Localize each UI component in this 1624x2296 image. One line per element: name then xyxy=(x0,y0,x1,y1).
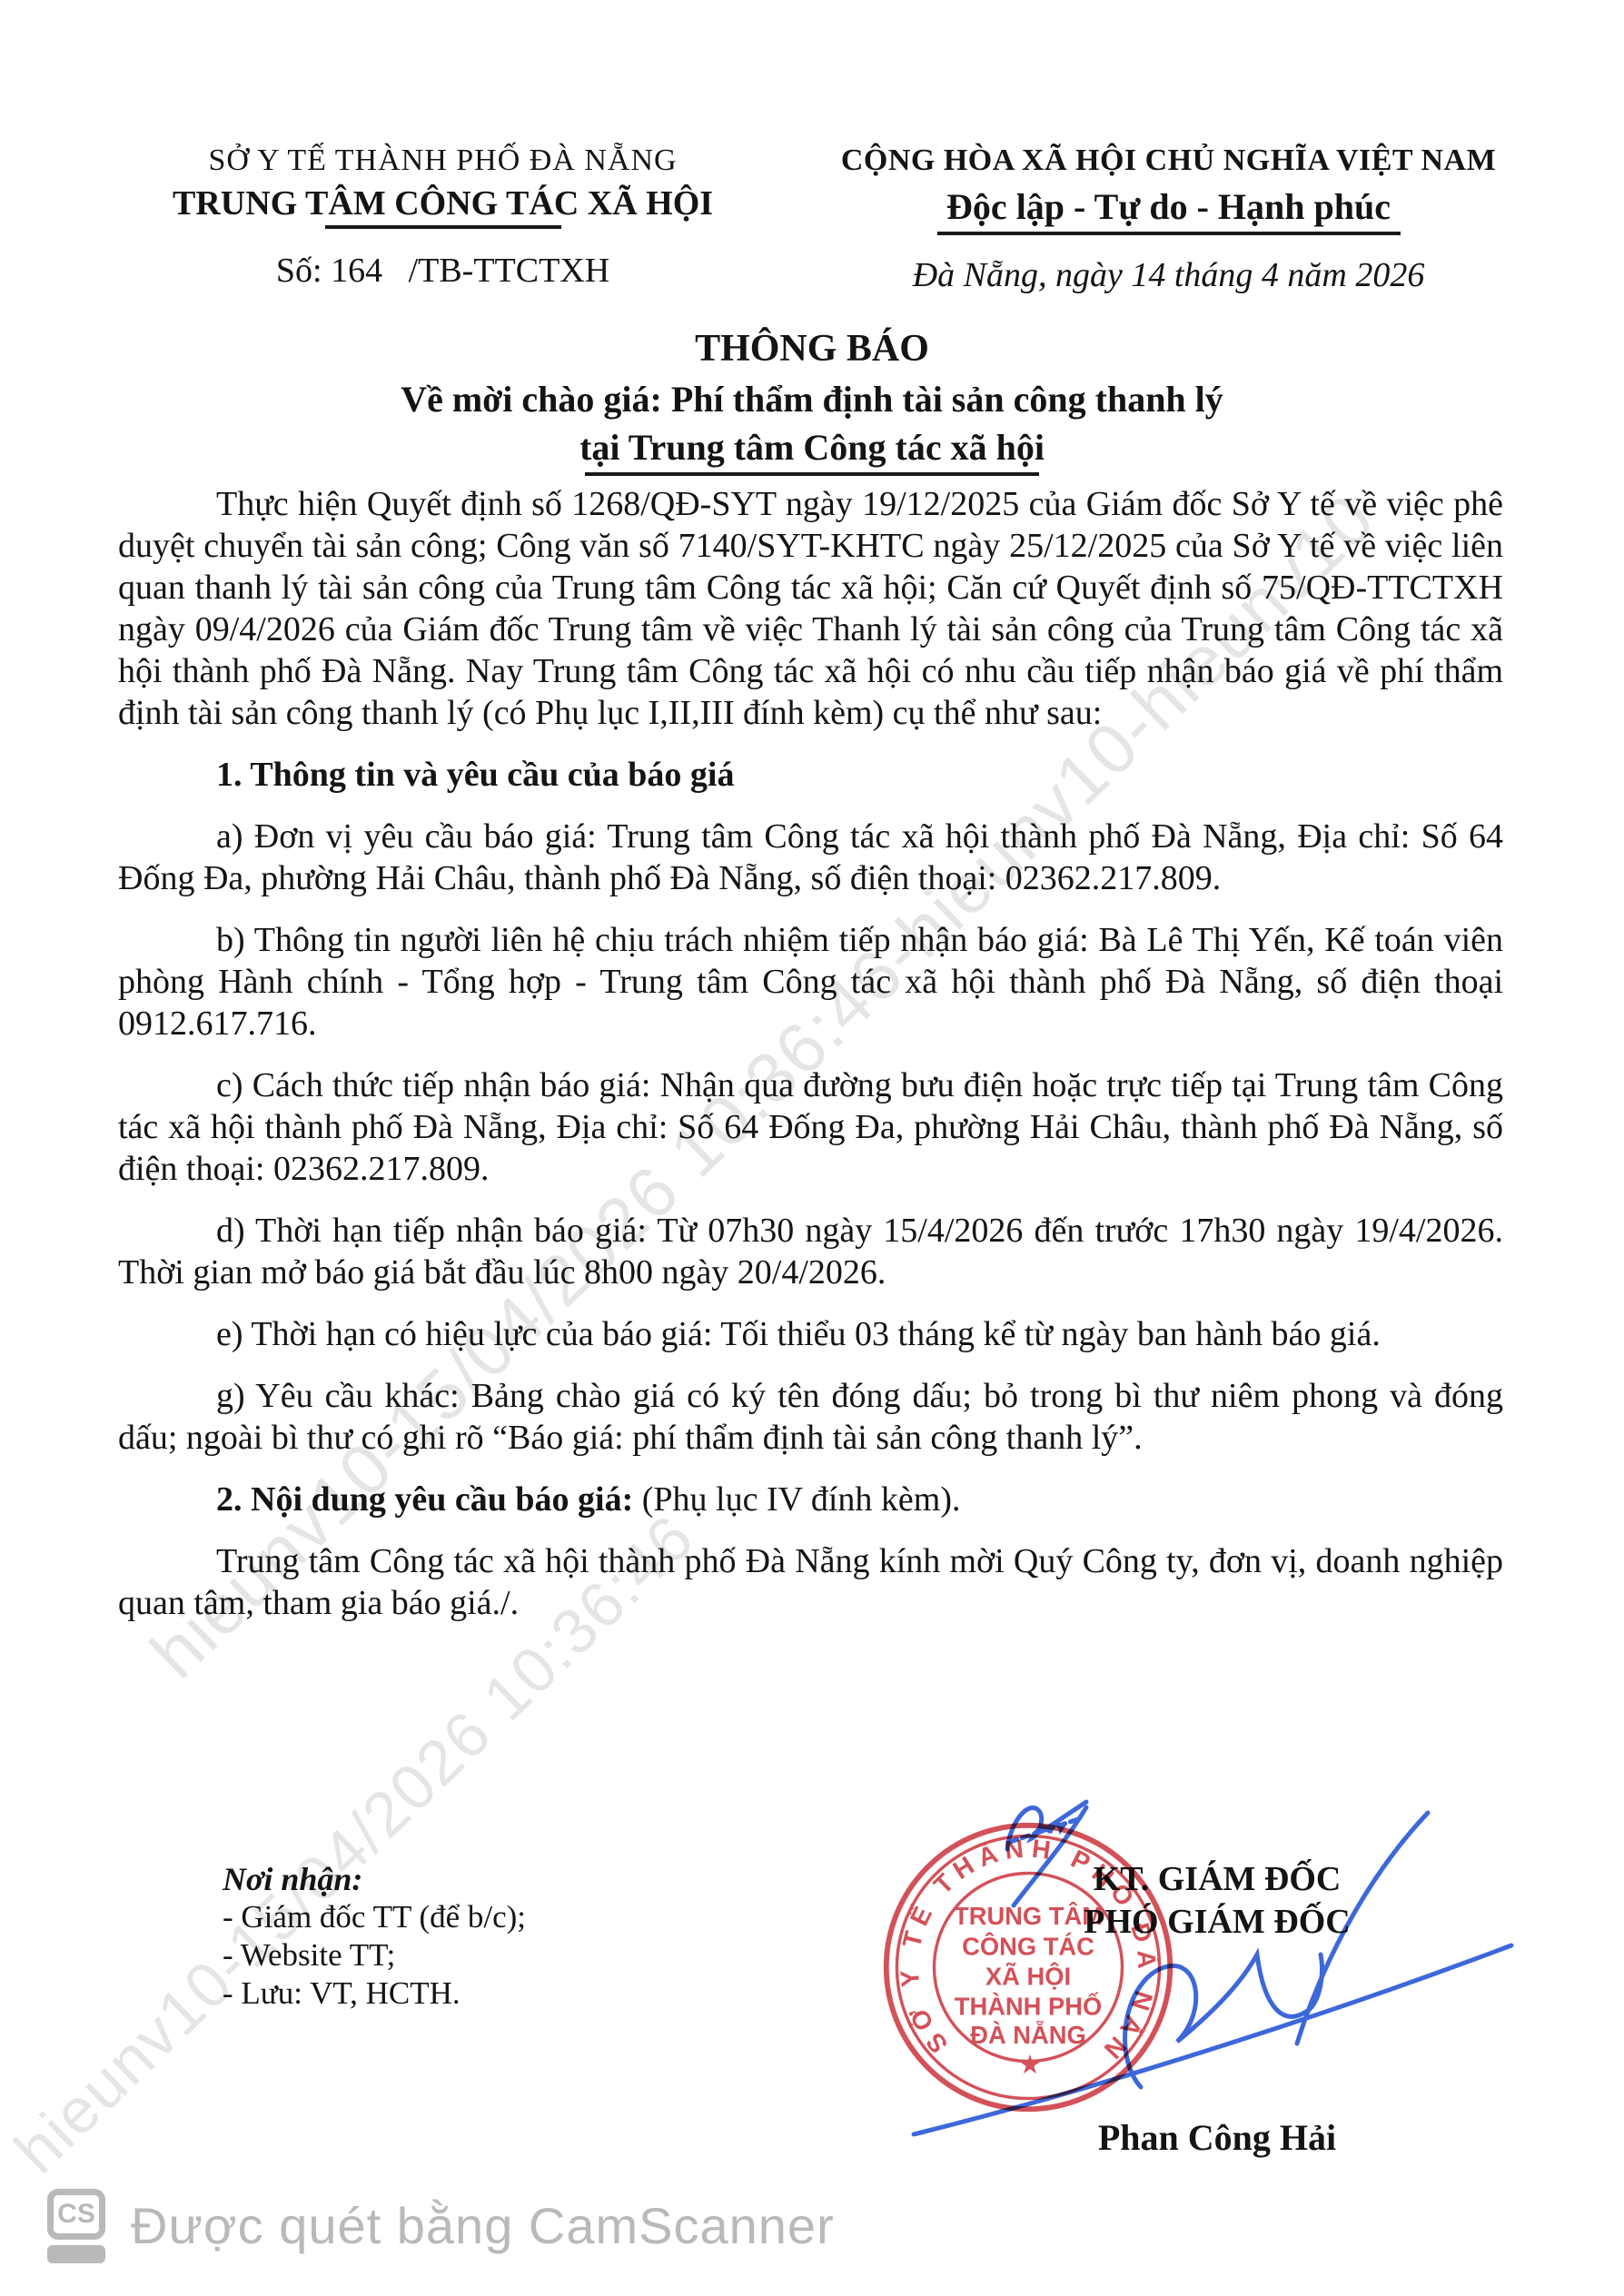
motto: Độc lập - Tự do - Hạnh phúc xyxy=(777,185,1560,228)
place-date-line: Đà Nẵng, ngày 14 tháng 4 năm 2026 xyxy=(777,255,1560,295)
document-title-block: THÔNG BÁO Về mời chào giá: Phí thẩm định… xyxy=(0,327,1624,476)
recipients-label: Nơi nhận: xyxy=(223,1860,526,1898)
official-red-stamp: SỞ Y TẾ THÀNH PHỐ ĐÀ NẴNG TRUNG TÂM CÔNG… xyxy=(877,1816,1179,2118)
document-header: SỞ Y TẾ THÀNH PHỐ ĐÀ NẴNG TRUNG TÂM CÔNG… xyxy=(109,143,1560,295)
stamp-center-line: THÀNH PHỐ xyxy=(955,1992,1102,2021)
stamp-star-icon: ★ xyxy=(1018,2050,1042,2080)
document-number: Số: 164 /TB-TTCTXH xyxy=(109,251,777,291)
recipient-item: - Website TT; xyxy=(223,1936,526,1974)
document-subject-line2: tại Trung tâm Công tác xã hội xyxy=(0,426,1624,469)
section-2-heading: 2. Nội dung yêu cầu báo giá: (Phụ lục IV… xyxy=(118,1479,1503,1520)
recipient-item: - Giám đốc TT (để b/c); xyxy=(223,1898,526,1936)
section-2-bold-part: 2. Nội dung yêu cầu báo giá: xyxy=(216,1480,633,1519)
national-motto-block: CỘNG HÒA XÃ HỘI CHỦ NGHĨA VIỆT NAM Độc l… xyxy=(777,143,1560,295)
agency-underline xyxy=(325,225,561,229)
section-2-regular-part: (Phụ lục IV đính kèm). xyxy=(633,1480,960,1519)
document-body: Thực hiện Quyết định số 1268/QĐ-SYT ngày… xyxy=(118,483,1503,1644)
camscanner-caption: Được quét bằng CamScanner xyxy=(131,2189,835,2263)
scanned-document-page: hieunv10-15/04/2026 10:36:46-hieunv10-hi… xyxy=(0,0,1624,2296)
stamp-center-line: ĐÀ NẴNG xyxy=(970,2020,1086,2049)
recipient-item: - Lưu: VT, HCTH. xyxy=(223,1974,526,2013)
item-c-paragraph: c) Cách thức tiếp nhận báo giá: Nhận qua… xyxy=(118,1064,1503,1190)
document-type-title: THÔNG BÁO xyxy=(0,327,1624,371)
section-1-heading: 1. Thông tin và yêu cầu của báo giá xyxy=(118,754,1503,796)
parent-agency-name: SỞ Y TẾ THÀNH PHỐ ĐÀ NẴNG xyxy=(109,143,777,178)
intro-paragraph: Thực hiện Quyết định số 1268/QĐ-SYT ngày… xyxy=(118,483,1503,734)
camscanner-logo-text: CS xyxy=(47,2189,105,2240)
camscanner-logo-strip xyxy=(47,2245,105,2263)
camscanner-logo-icon: CS xyxy=(47,2189,105,2263)
stamp-center-line: XÃ HỘI xyxy=(985,1962,1071,1991)
stamp-center-line: TRUNG TÂM xyxy=(954,1902,1103,1930)
item-g-paragraph: g) Yêu cầu khác: Bảng chào giá có ký tên… xyxy=(118,1375,1503,1459)
stamp-graphic: SỞ Y TẾ THÀNH PHỐ ĐÀ NẴNG TRUNG TÂM CÔNG… xyxy=(877,1816,1179,2118)
item-a-paragraph: a) Đơn vị yêu cầu báo giá: Trung tâm Côn… xyxy=(118,816,1503,899)
recipients-block: Nơi nhận: - Giám đốc TT (để b/c); - Webs… xyxy=(223,1860,526,2013)
camscanner-bar: CS Được quét bằng CamScanner xyxy=(47,2189,835,2263)
title-underline xyxy=(585,472,1039,476)
closing-paragraph: Trung tâm Công tác xã hội thành phố Đà N… xyxy=(118,1540,1503,1624)
country-title: CỘNG HÒA XÃ HỘI CHỦ NGHĨA VIỆT NAM xyxy=(777,143,1560,178)
signer-name: Phan Công Hải xyxy=(945,2116,1490,2159)
issuing-agency-block: SỞ Y TẾ THÀNH PHỐ ĐÀ NẴNG TRUNG TÂM CÔNG… xyxy=(109,143,777,295)
stamp-center-line: CÔNG TÁC xyxy=(962,1931,1094,1960)
item-e-paragraph: e) Thời hạn có hiệu lực của báo giá: Tối… xyxy=(118,1313,1503,1355)
document-subject-line1: Về mời chào giá: Phí thẩm định tài sản c… xyxy=(0,378,1624,421)
item-d-paragraph: d) Thời hạn tiếp nhận báo giá: Từ 07h30 … xyxy=(118,1210,1503,1293)
item-b-paragraph: b) Thông tin người liên hệ chịu trách nh… xyxy=(118,919,1503,1044)
motto-underline xyxy=(937,232,1401,235)
agency-name: TRUNG TÂM CÔNG TÁC XÃ HỘI xyxy=(109,183,777,223)
